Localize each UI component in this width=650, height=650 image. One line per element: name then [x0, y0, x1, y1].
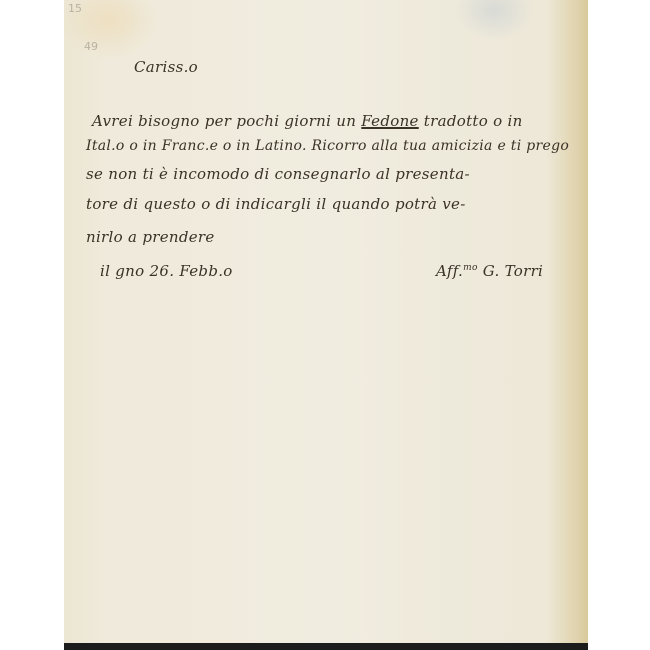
salutation: Cariss.o	[134, 58, 198, 76]
letter-page: 15 49 Cariss.o Avrei bisogno per pochi g…	[64, 0, 588, 643]
letter-line-5: nirlo a prendere	[86, 228, 215, 246]
scan-edge-strip	[64, 643, 588, 650]
letter-date: il gno 26. Febb.o	[100, 262, 233, 280]
underlined-title: Fedone	[361, 112, 418, 130]
letter-line-3: se non ti è incomodo di consegnarlo al p…	[86, 165, 470, 183]
signature: Aff.mo G. Torri	[436, 262, 543, 280]
pencil-mark: 49	[84, 40, 98, 53]
pencil-mark: 15	[68, 2, 82, 15]
letter-line-2: Ital.o o in Franc.e o in Latino. Ricorro…	[86, 138, 569, 154]
letter-line-1: Avrei bisogno per pochi giorni un Fedone…	[92, 112, 523, 130]
letter-line-4: tore di questo o di indicargli il quando…	[86, 195, 466, 213]
